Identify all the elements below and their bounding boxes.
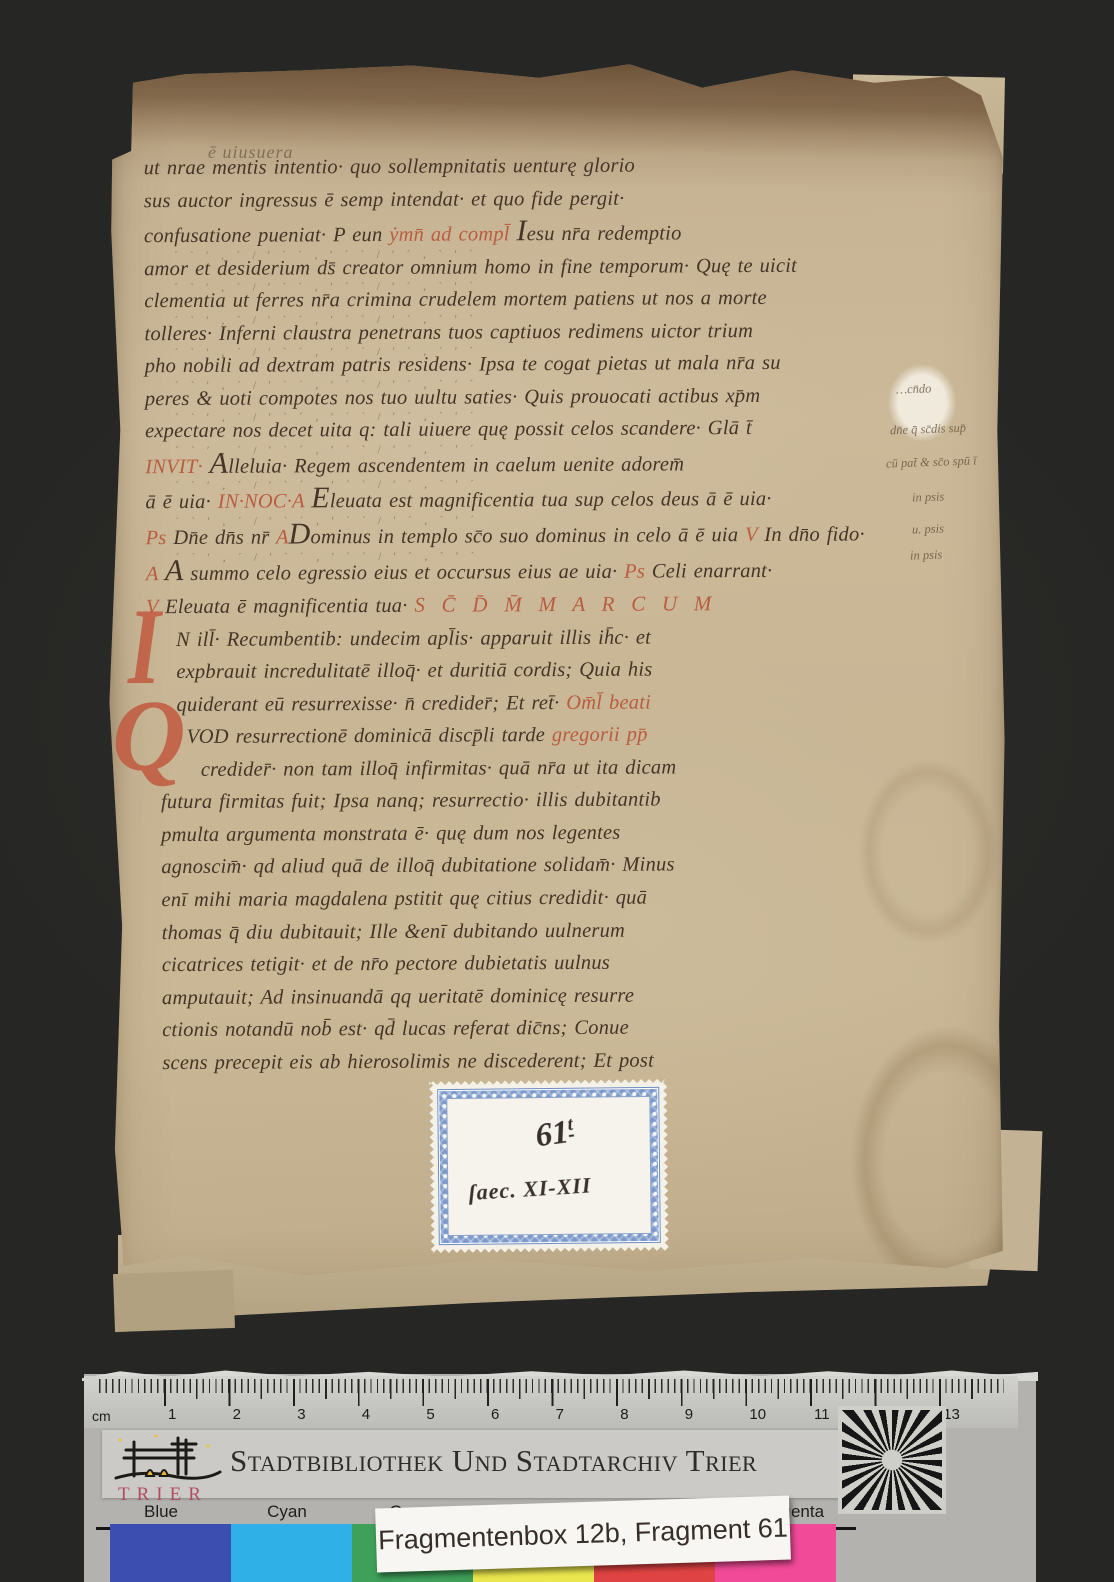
body-text: ut nrae mentis intentio· quo sollempnita… — [144, 155, 635, 180]
stamp-date: ſaec. XI-XII — [468, 1172, 593, 1206]
manuscript-line-25: cicatrices tetigit· et de nr̄o pectore d… — [162, 945, 988, 982]
manuscript-line-13: ´ ` ′ ‚ ´ / ′ ` ´ ‚ ′ ´ ` / ′ ´ ‚ ` ′ ´A… — [146, 550, 986, 590]
chart-label-blue: Blue — [98, 1502, 224, 1522]
manuscript-line-27: ctionis notandū nob̄ est· qd̄ lucas refe… — [162, 1010, 988, 1047]
manuscript-line-18: VOD resurrectionē dominicā discp̄li tard… — [187, 717, 987, 754]
body-text: cicatrices tetigit· et de nr̄o pectore d… — [162, 952, 610, 976]
rubric-text: Ps — [146, 527, 174, 549]
neume-marks: ´ ` ′ ‚ ´ / ′ ` ´ ‚ ′ ´ ` / ′ ´ ‚ ` ′ ´ — [176, 540, 479, 574]
body-text: Eleuata ē magnificentia tua· — [165, 595, 414, 618]
manuscript-line-23: enī mihi maria magdalena pstitit quę cit… — [161, 880, 987, 917]
archival-stamp-label: 61t ſaec. XI-XII — [429, 1079, 669, 1253]
neume-marks: ´ ` ′ ‚ ´ / ′ ` ´ ‚ ′ ´ ` / ′ ´ ‚ ` ′ ´ — [175, 504, 478, 538]
rubric-text: Om̄l̄ beati — [566, 691, 651, 713]
body-text: quiderant eū resurrexisse· n̄ credider̄;… — [176, 692, 566, 716]
body-text: amputauit; Ad insinuandā qq ueritatē dom… — [162, 984, 634, 1008]
margin-note-3: cū pat̄ & sc̄o spū ī — [886, 453, 977, 471]
neume-marks: ´ ` ′ ‚ ´ / ′ ` ´ ‚ ′ ´ ` / ′ ´ ‚ ` ′ ´ — [174, 238, 477, 272]
ruler-number-6: 6 — [491, 1406, 499, 1423]
ruler-number-2: 2 — [233, 1406, 241, 1423]
margin-note-2: dn̄e q̄ sc̄dis sup̄ — [890, 421, 967, 439]
manuscript-line-26: amputauit; Ad insinuandā qq ueritatē dom… — [162, 977, 988, 1014]
body-text: agnoscim̄· qd aliud quā de illoq̄ dubita… — [161, 854, 674, 879]
neume-marks: ´ ` ′ ‚ ´ / ′ ` ´ ‚ ′ ´ ` / ′ ´ ‚ ` ′ ´ — [175, 401, 478, 435]
manuscript-line-19: credider̄· non tam illoq̄ infirmitas· qu… — [201, 750, 987, 787]
ruler-number-9: 9 — [685, 1406, 693, 1423]
body-text: ctionis notandū nob̄ est· qd̄ lucas refe… — [162, 1017, 629, 1041]
ruler-number-10: 10 — [749, 1406, 766, 1423]
body-text: In dn̄o fido· — [764, 523, 865, 546]
ruler-ticks-major — [164, 1379, 944, 1406]
manuscript-text-block: ut nrae mentis intentio· quo sollempnita… — [144, 148, 989, 1080]
ruler-number-7: 7 — [556, 1406, 564, 1423]
rubric-text: S C̄ D̄ M̄ M A R C U M — [414, 591, 716, 617]
manuscript-line-28: scens precepit eis ab hierosolimis ne di… — [162, 1043, 988, 1080]
library-title: Stadtbibliothek Und Stadtarchiv Trier — [230, 1443, 757, 1479]
manuscript-line-22: agnoscim̄· qd aliud quā de illoq̄ dubita… — [161, 847, 987, 884]
neume-marks: ´ ` ′ ‚ ´ / ′ ` ´ ‚ ′ ´ ` / ′ ´ ‚ ` ′ ´ — [174, 303, 477, 337]
ruler-number-3: 3 — [297, 1406, 305, 1423]
ruler-number-4: 4 — [362, 1406, 370, 1423]
manuscript-line-2: sus auctor ingressus ē semp intendat· et… — [144, 180, 984, 217]
neume-marks: ´ ` ′ ‚ ´ / ′ ` ´ ‚ ′ ´ ` / ′ ´ ‚ ` ′ ´ — [175, 336, 478, 370]
color-patch-cyan — [231, 1524, 352, 1582]
rubric-text: Ps — [624, 560, 652, 582]
margin-note-6: in psis — [910, 547, 943, 563]
manuscript-line-21: pmulta argumenta monstrata ē· quę dum no… — [161, 815, 987, 852]
body-text: N ill̄· Recumbentib: undecim apl̄is· app… — [176, 626, 651, 650]
rubric-text: A — [146, 563, 165, 585]
body-text: thomas q̄ diu dubitauit; Ille &enī dubit… — [162, 919, 625, 943]
stamp-center: 61t ſaec. XI-XII — [446, 1096, 651, 1236]
body-text: credider̄· non tam illoq̄ infirmitas· qu… — [201, 756, 677, 780]
backing-leaf-bottom-left — [113, 1270, 235, 1332]
ruler-number-5: 5 — [426, 1406, 434, 1423]
body-text: scens precepit eis ab hierosolimis ne di… — [162, 1049, 654, 1074]
porta-nigra-logo-icon — [112, 1432, 224, 1488]
manuscript-line-20: futura firmitas fuit; Ipsa nanq; resurre… — [161, 782, 987, 819]
body-text: expbrauit incredulitatē illoq̄· et durit… — [176, 659, 652, 683]
manuscript-line-15: N ill̄· Recumbentib: undecim apl̄is· app… — [176, 619, 986, 656]
ruler-number-8: 8 — [620, 1406, 628, 1423]
neume-marks: ´ ` ′ ‚ ´ / ′ ` ´ ‚ ′ ´ ` / ′ ´ ‚ ` ′ ´ — [175, 368, 478, 402]
body-text: pmulta argumenta monstrata ē· quę dum no… — [161, 822, 620, 846]
body-text: VOD resurrectionē dominicā discp̄li tard… — [187, 724, 552, 748]
margin-note-5: u. psis — [912, 521, 944, 537]
manuscript-line-17: quiderant eū resurrexisse· n̄ credider̄;… — [176, 685, 986, 722]
margin-note-4: in psis — [912, 489, 945, 505]
rubric-text: gregorii pp̄ — [552, 724, 648, 747]
body-text: esu nr̄a redemptio — [527, 222, 682, 245]
body-text: Celi enarrant· — [652, 559, 773, 582]
neume-marks: ´ ` ′ ‚ ´ / ′ ` ´ ‚ ′ ´ ` / ′ ´ ‚ ` ′ ´ — [175, 469, 478, 503]
rubric-text: V — [146, 596, 165, 618]
neume-marks: ´ ` ′ ‚ ´ / ′ ` ´ ‚ ′ ´ ` / ′ ´ ‚ ` ′ ´ — [174, 271, 477, 305]
chart-label-cyan: Cyan — [224, 1502, 350, 1522]
ruler-unit-label: cm — [92, 1408, 111, 1424]
fragment-label-text: Fragmentenbox 12b, Fragment 61 — [378, 1512, 789, 1556]
siemens-star-icon — [842, 1410, 942, 1510]
body-text: I — [516, 214, 526, 247]
stamp-shelfmark: 61t — [533, 1114, 576, 1156]
ruler-number-13: 13 — [943, 1406, 960, 1423]
ruler-number-11: 11 — [814, 1406, 830, 1423]
body-text: futura firmitas fuit; Ipsa nanq; resurre… — [161, 789, 661, 814]
manuscript-line-14: V Eleuata ē magnificentia tua· S C̄ D̄ M… — [146, 586, 986, 624]
manuscript-line-24: thomas q̄ diu dubitauit; Ille &enī dubit… — [162, 912, 988, 949]
manuscript-line-1: ut nrae mentis intentio· quo sollempnita… — [144, 148, 984, 185]
neume-marks: ´ ` ′ ‚ ´ / ′ ` ´ ‚ ′ ´ ` / ′ ´ ‚ ` ′ ´ — [175, 433, 478, 467]
library-band: TRIER Stadtbibliothek Und Stadtarchiv Tr… — [102, 1430, 846, 1498]
body-text: sus auctor ingressus ē semp intendat· et… — [144, 187, 625, 212]
ruler-number-1: 1 — [168, 1406, 176, 1423]
stamp-number: 61 — [533, 1114, 570, 1154]
rubric-text: V — [745, 524, 764, 546]
margin-note-1: …cn̄do — [896, 381, 932, 397]
manuscript-line-16: expbrauit incredulitatē illoq̄· et durit… — [176, 652, 986, 689]
body-text: enī mihi maria magdalena pstitit quę cit… — [161, 887, 647, 912]
color-patch-blue — [110, 1524, 231, 1582]
fragment-label: Fragmentenbox 12b, Fragment 61 — [375, 1496, 791, 1573]
